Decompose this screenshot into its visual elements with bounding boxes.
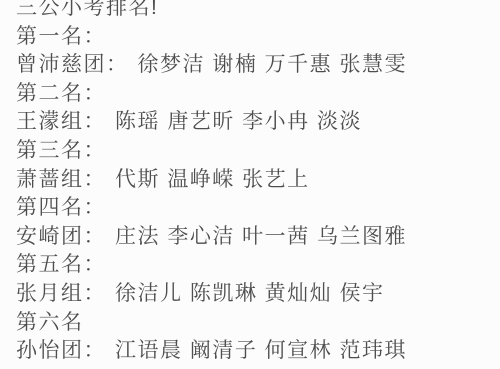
team-members-5: 徐洁儿 陈凯琳 黄灿灿 侯宇	[115, 282, 385, 305]
rank-label-3: 第三名：	[16, 137, 500, 166]
team-members-3: 代斯 温峥嵘 张艺上	[115, 168, 310, 191]
page-title: 三公小考排名!	[16, 0, 500, 23]
team-line-5: 张月组：徐洁儿 陈凯琳 黄灿灿 侯宇	[16, 280, 500, 309]
team-name-4: 安崎团：	[16, 225, 106, 248]
rank-label-2: 第二名：	[16, 80, 500, 109]
team-members-6: 江语晨 阚清子 何宣林 范玮琪	[115, 339, 407, 362]
team-line-1: 曾沛慈团：徐梦洁 谢楠 万千惠 张慧雯	[16, 51, 500, 80]
team-name-6: 孙怡团：	[16, 339, 106, 362]
team-name-1: 曾沛慈团：	[16, 53, 129, 76]
rank-label-5: 第五名：	[16, 251, 500, 280]
rank-label-6: 第六名	[16, 309, 500, 338]
team-name-5: 张月组：	[16, 282, 106, 305]
team-line-6: 孙怡团：江语晨 阚清子 何宣林 范玮琪	[16, 337, 500, 366]
rank-label-1: 第一名：	[16, 23, 500, 52]
team-members-4: 庄法 李心洁 叶一茜 乌兰图雅	[115, 225, 407, 248]
team-members-2: 陈瑶 唐艺昕 李小冉 淡淡	[115, 110, 362, 133]
team-name-2: 王濛组：	[16, 110, 106, 133]
ranking-document: 三公小考排名! 第一名： 曾沛慈团：徐梦洁 谢楠 万千惠 张慧雯 第二名： 王濛…	[0, 0, 500, 366]
team-line-3: 萧蔷组：代斯 温峥嵘 张艺上	[16, 166, 500, 195]
team-name-3: 萧蔷组：	[16, 168, 106, 191]
team-members-1: 徐梦洁 谢楠 万千惠 张慧雯	[138, 53, 408, 76]
team-line-4: 安崎团：庄法 李心洁 叶一茜 乌兰图雅	[16, 223, 500, 252]
rank-label-4: 第四名：	[16, 194, 500, 223]
team-line-2: 王濛组：陈瑶 唐艺昕 李小冉 淡淡	[16, 108, 500, 137]
